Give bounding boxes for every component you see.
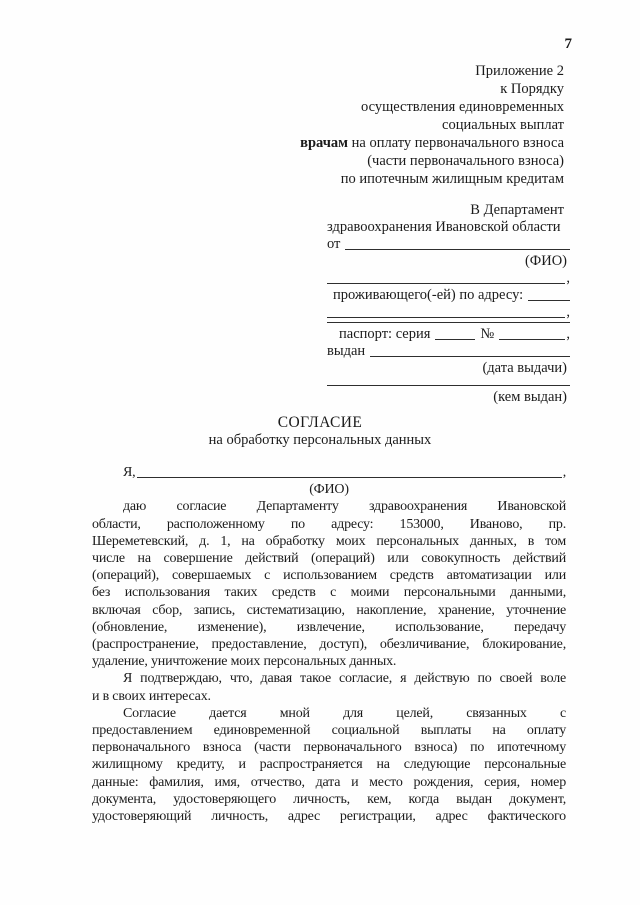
fio-entry-row: Я, , [92,464,566,481]
body-line: (обновление, изменение), извлечение, исп… [92,619,566,636]
body-line: числе на совершение действий (операций) … [92,550,566,567]
comma: , [566,270,570,287]
from-label: от [327,236,340,253]
addressee-to-line: В Департамент [327,202,570,219]
appendix-line: по ипотечным жилищным кредитам [0,170,564,188]
body-line: включая сбор, запись, систематизацию, на… [92,602,566,619]
appendix-line: Приложение 2 [0,62,564,80]
body-line: первоначального взноса (части первоначал… [92,739,566,756]
body-line: удаление, уничтожение моих персональных … [92,653,566,670]
residing-row: проживающего(-ей) по адресу: [327,287,570,304]
fio-blank-line [345,248,570,250]
blank-row: , [327,304,570,321]
comma: , [566,326,570,343]
series-blank-line [435,338,475,340]
from-row: от [327,236,570,253]
body-line: Я подтверждаю, что, давая такое согласие… [92,670,566,687]
body-line: жилищному кредиту, и распространяется на… [92,756,566,773]
body-line: документа, удостоверяющего личность, кем… [92,791,566,808]
address-blank-line [528,299,570,301]
comma: , [563,464,566,481]
number-blank-line [499,338,565,340]
passport-row: паспорт: серия № , [327,326,570,343]
page-number: 7 [565,36,573,53]
document-page: 7 Приложение 2 к Порядку осуществления е… [0,0,640,905]
issued-row: выдан [327,343,570,360]
blank-row: , [327,270,570,287]
issued-label: выдан [327,343,365,360]
body-line: и в своих интересах. [92,688,566,705]
fio-blank-line [137,476,561,478]
addressee-block: В Департамент здравоохранения Ивановской… [327,202,570,406]
blank-line [327,321,570,323]
body-line: Шереметевский, д. 1, на обработку моих п… [92,533,566,550]
appendix-line: врачам на оплату первоначального взноса [0,134,564,152]
body-line: области, расположенному по адресу: 15300… [92,516,566,533]
appendix-line: осуществления единовременных [0,98,564,116]
body-line: данные: фамилия, имя, отчество, дата и м… [92,774,566,791]
issued-by-blank-line [327,384,570,386]
body-line: (операций), совершаемых с использованием… [92,567,566,584]
consent-title: СОГЛАСИЕ [0,414,640,432]
issue-date-blank-line [370,355,570,357]
i-label: Я, [123,464,135,481]
body-line: предоставлением единовременной социально… [92,722,566,739]
consent-body: Я, , (ФИО) даю согласие Департаменту здр… [92,464,566,825]
issued-by-caption: (кем выдан) [327,389,570,406]
number-sign: № [480,326,494,343]
appendix-line: социальных выплат [0,116,564,134]
residing-label: проживающего(-ей) по адресу: [333,287,523,304]
body-line: удостоверяющий личность, адрес регистрац… [92,808,566,825]
issue-date-caption: (дата выдачи) [327,360,570,377]
body-line: без использования таких средств с моими … [92,584,566,601]
comma: , [566,304,570,321]
appendix-line: к Порядку [0,80,564,98]
body-line: даю согласие Департаменту здравоохранени… [92,498,566,515]
appendix-note: Приложение 2 к Порядку осуществления еди… [0,0,564,188]
blank-line [327,282,565,284]
appendix-line: (части первоначального взноса) [0,152,564,170]
fio-caption: (ФИО) [92,481,566,498]
appendix-line-rest: на оплату первоначального взноса [348,135,564,151]
body-line: (распространение, предоставление, доступ… [92,636,566,653]
fio-caption: (ФИО) [327,253,570,270]
appendix-bold-word: врачам [300,135,348,151]
passport-series-label: паспорт: серия [339,326,430,343]
blank-line [327,316,565,318]
body-line: Согласие дается мной для целей, связанны… [92,705,566,722]
consent-subtitle: на обработку персональных данных [0,432,640,449]
addressee-to-line: здравоохранения Ивановской области [327,219,570,236]
